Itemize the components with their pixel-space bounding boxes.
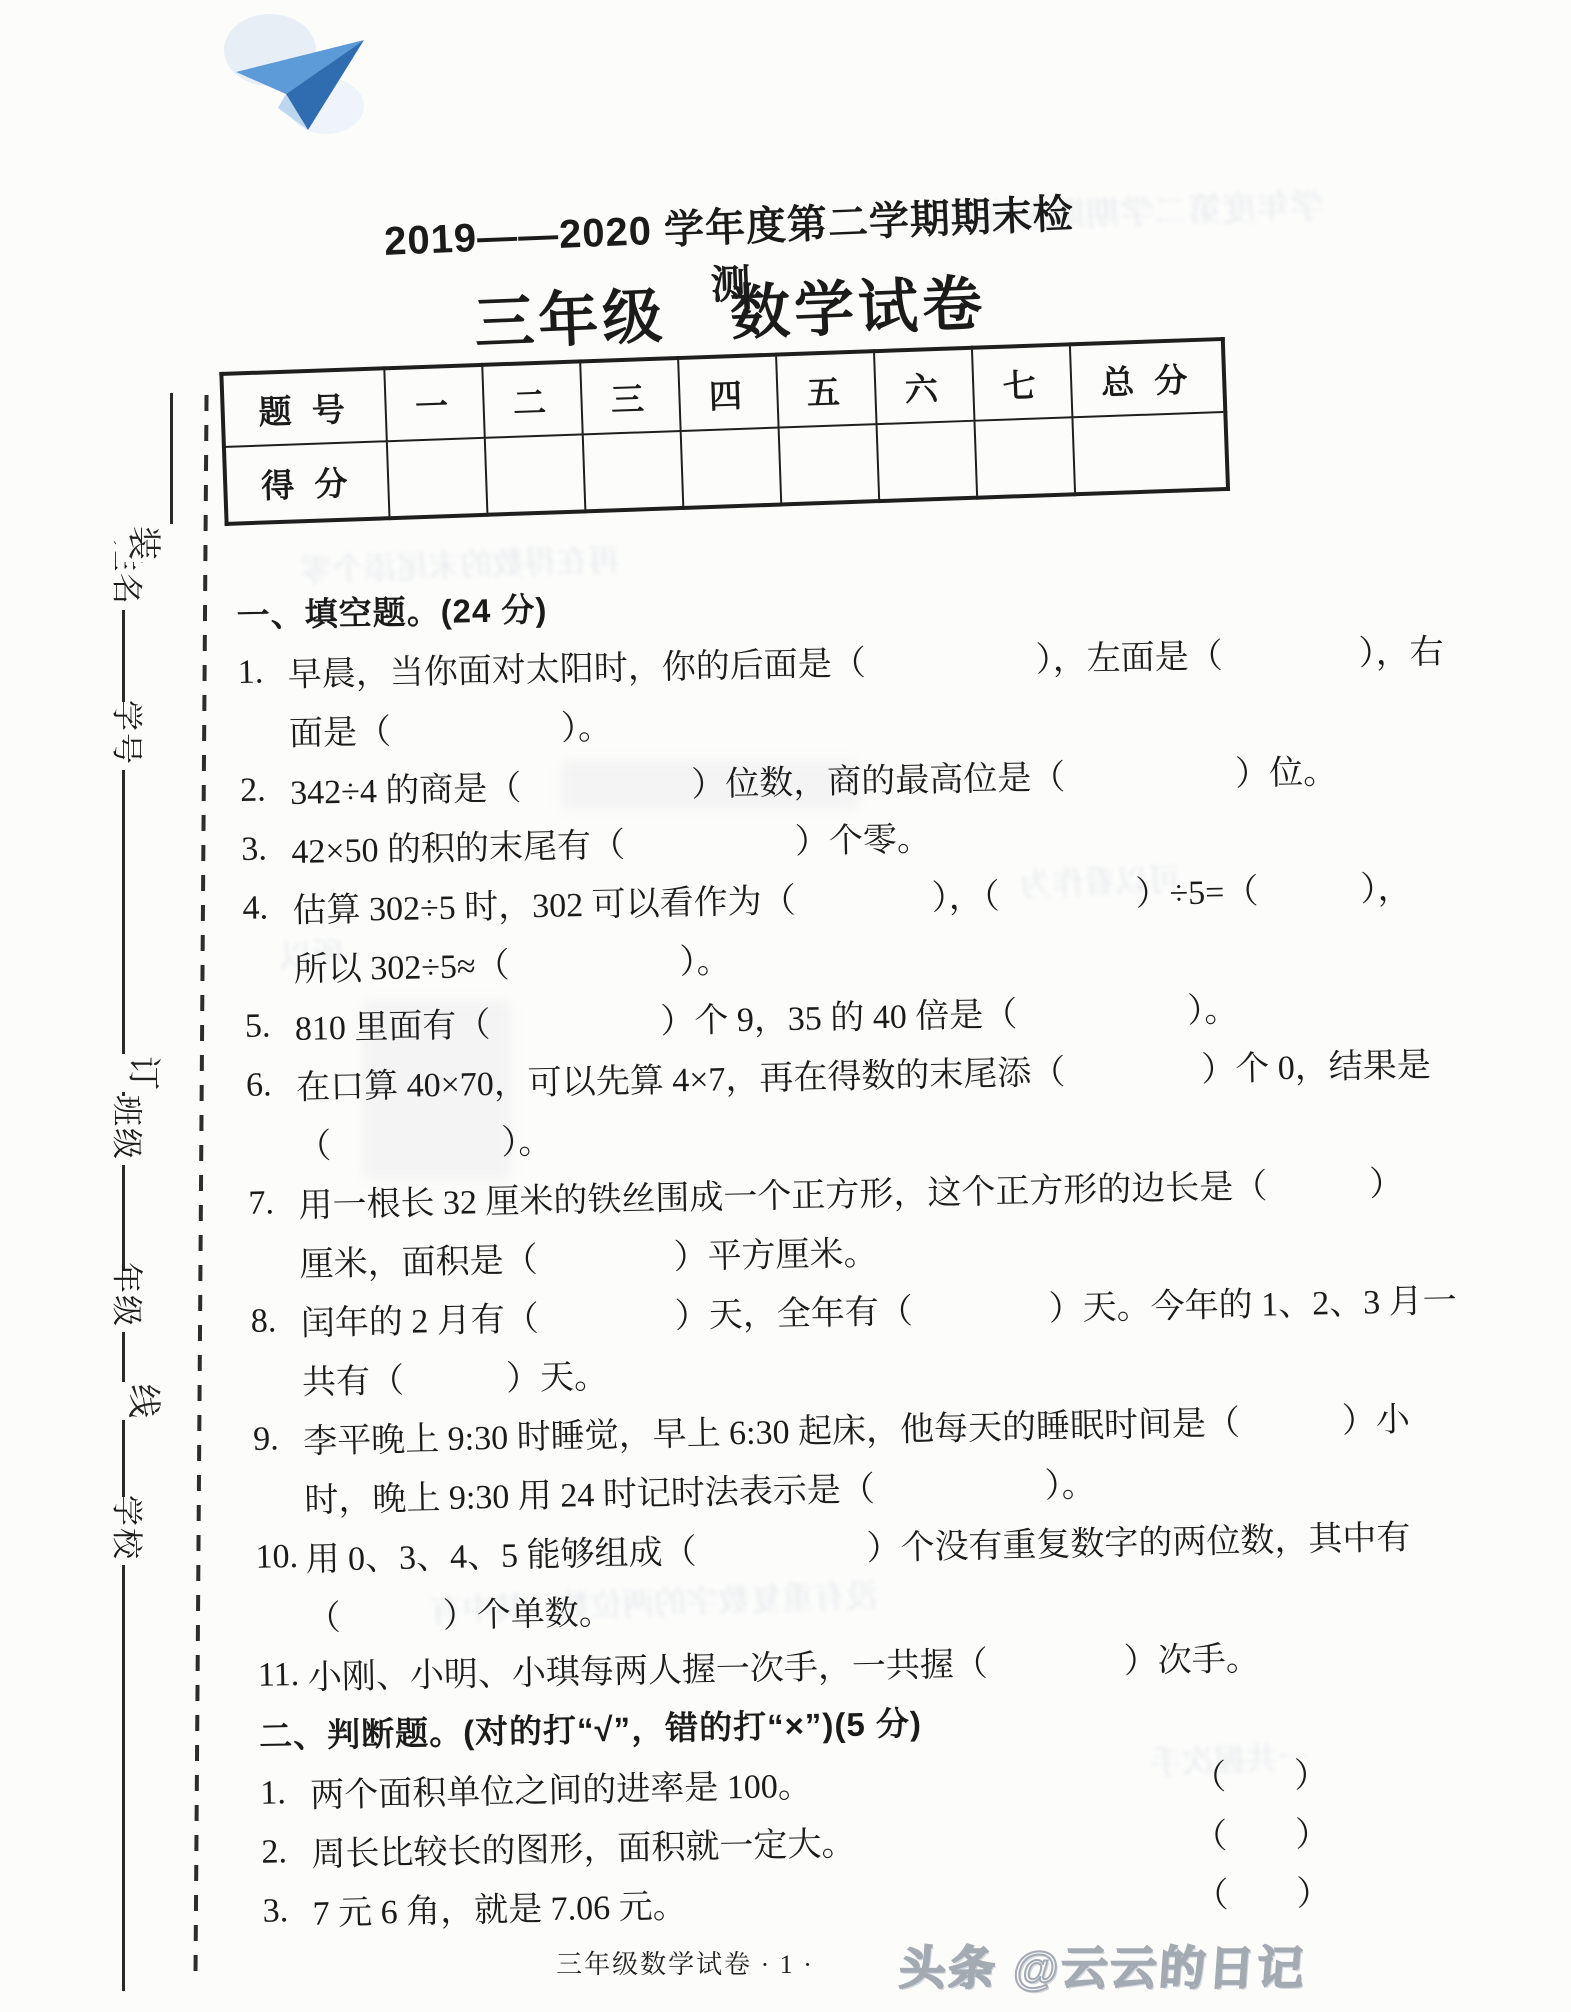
score-table-col: 七 bbox=[972, 344, 1072, 420]
score-cell-empty bbox=[1072, 412, 1228, 494]
question-text: 共有（ ）天。 bbox=[301, 1349, 608, 1404]
question-number: 3. bbox=[241, 829, 292, 868]
score-table-col: 一 bbox=[384, 365, 484, 441]
field-student-id: 学号 bbox=[107, 700, 152, 1096]
binding-dashed-line bbox=[193, 395, 208, 1980]
question-number: 6. bbox=[246, 1065, 297, 1104]
score-table-col-total: 总 分 bbox=[1070, 339, 1225, 417]
margin-underline bbox=[170, 393, 173, 533]
exam-paper-page: 学年度第二学期期末检测 再在得数的末尾添个零 可以看作为 所以 没有重复数字的两… bbox=[0, 0, 1571, 2012]
question-number: 9. bbox=[253, 1419, 304, 1458]
question-area: 一、填空题。(24 分) 1.早晨，当你面对太阳时，你的后面是（ ），左面是（ … bbox=[236, 562, 1383, 1941]
question-number: 4. bbox=[242, 888, 293, 927]
score-cell-empty bbox=[681, 428, 782, 508]
question-number: 8. bbox=[250, 1301, 301, 1340]
question-number: 2. bbox=[240, 770, 291, 809]
field-school: 学校 bbox=[107, 1495, 152, 1991]
question-text: 所以 302÷5≈（ ）。 bbox=[293, 933, 731, 991]
paper-plane-logo-icon bbox=[222, 10, 372, 150]
binding-char-zhuang: 装 bbox=[116, 524, 177, 562]
score-table-col: 二 bbox=[482, 361, 582, 437]
question-text: 面是（ ）。 bbox=[288, 699, 612, 754]
watermark-text: 头条 @云云的日记 bbox=[898, 1932, 1309, 1998]
question-number: 7. bbox=[248, 1183, 299, 1222]
score-cell-empty bbox=[485, 434, 586, 514]
answer-blank: （ ） bbox=[1192, 1747, 1329, 1799]
question-number: 1. bbox=[237, 652, 288, 691]
question-number: 10. bbox=[255, 1537, 306, 1576]
score-table-col: 五 bbox=[776, 351, 876, 427]
score-table-header-label: 题 号 bbox=[221, 368, 386, 447]
field-class: 班级 bbox=[107, 1095, 152, 1271]
score-table: 题 号 一 二 三 四 五 六 七 总 分 得 分 bbox=[219, 337, 1230, 526]
question-text: 厘米，面积是（ ）平方厘米。 bbox=[299, 1225, 878, 1286]
score-cell-empty bbox=[974, 417, 1075, 497]
score-table-col: 六 bbox=[874, 348, 974, 424]
question-text: （ ）。 bbox=[297, 1114, 553, 1168]
question-number: 2. bbox=[261, 1832, 312, 1871]
question-text: 周长比较长的图形，面积就一定大。 bbox=[311, 1816, 856, 1876]
question-text: 两个面积单位之间的进率是 100。 bbox=[310, 1758, 812, 1817]
question-number: 11. bbox=[258, 1655, 309, 1694]
score-cell-empty bbox=[877, 421, 978, 501]
answer-blank: （ ） bbox=[1193, 1806, 1330, 1858]
question-text: 7 元 6 角，就是 7.06 元。 bbox=[312, 1878, 687, 1934]
binding-char-xian: 线 bbox=[116, 1382, 177, 1420]
question-number: 3. bbox=[262, 1891, 313, 1930]
answer-blank: （ ） bbox=[1194, 1865, 1331, 1917]
score-table-col: 三 bbox=[580, 358, 680, 434]
question-text: 42×50 的积的末尾有（ ）个零。 bbox=[291, 811, 932, 873]
score-table-col: 四 bbox=[678, 355, 778, 431]
question-number: 5. bbox=[244, 1006, 295, 1045]
score-cell-empty bbox=[583, 431, 684, 511]
question-text: 时，晚上 9:30 用 24 时记时法表示是（ ）。 bbox=[304, 1457, 1096, 1522]
field-name: 姓名 bbox=[107, 540, 152, 702]
field-grade: 年级 bbox=[107, 1262, 152, 1497]
score-cell-empty bbox=[779, 424, 880, 504]
score-cell-empty bbox=[387, 438, 488, 518]
question-text: （ ）个单数。 bbox=[306, 1585, 613, 1640]
question-number: 1. bbox=[260, 1773, 311, 1812]
binding-char-ding: 订 bbox=[116, 1054, 177, 1092]
score-row-label: 得 分 bbox=[224, 441, 390, 524]
